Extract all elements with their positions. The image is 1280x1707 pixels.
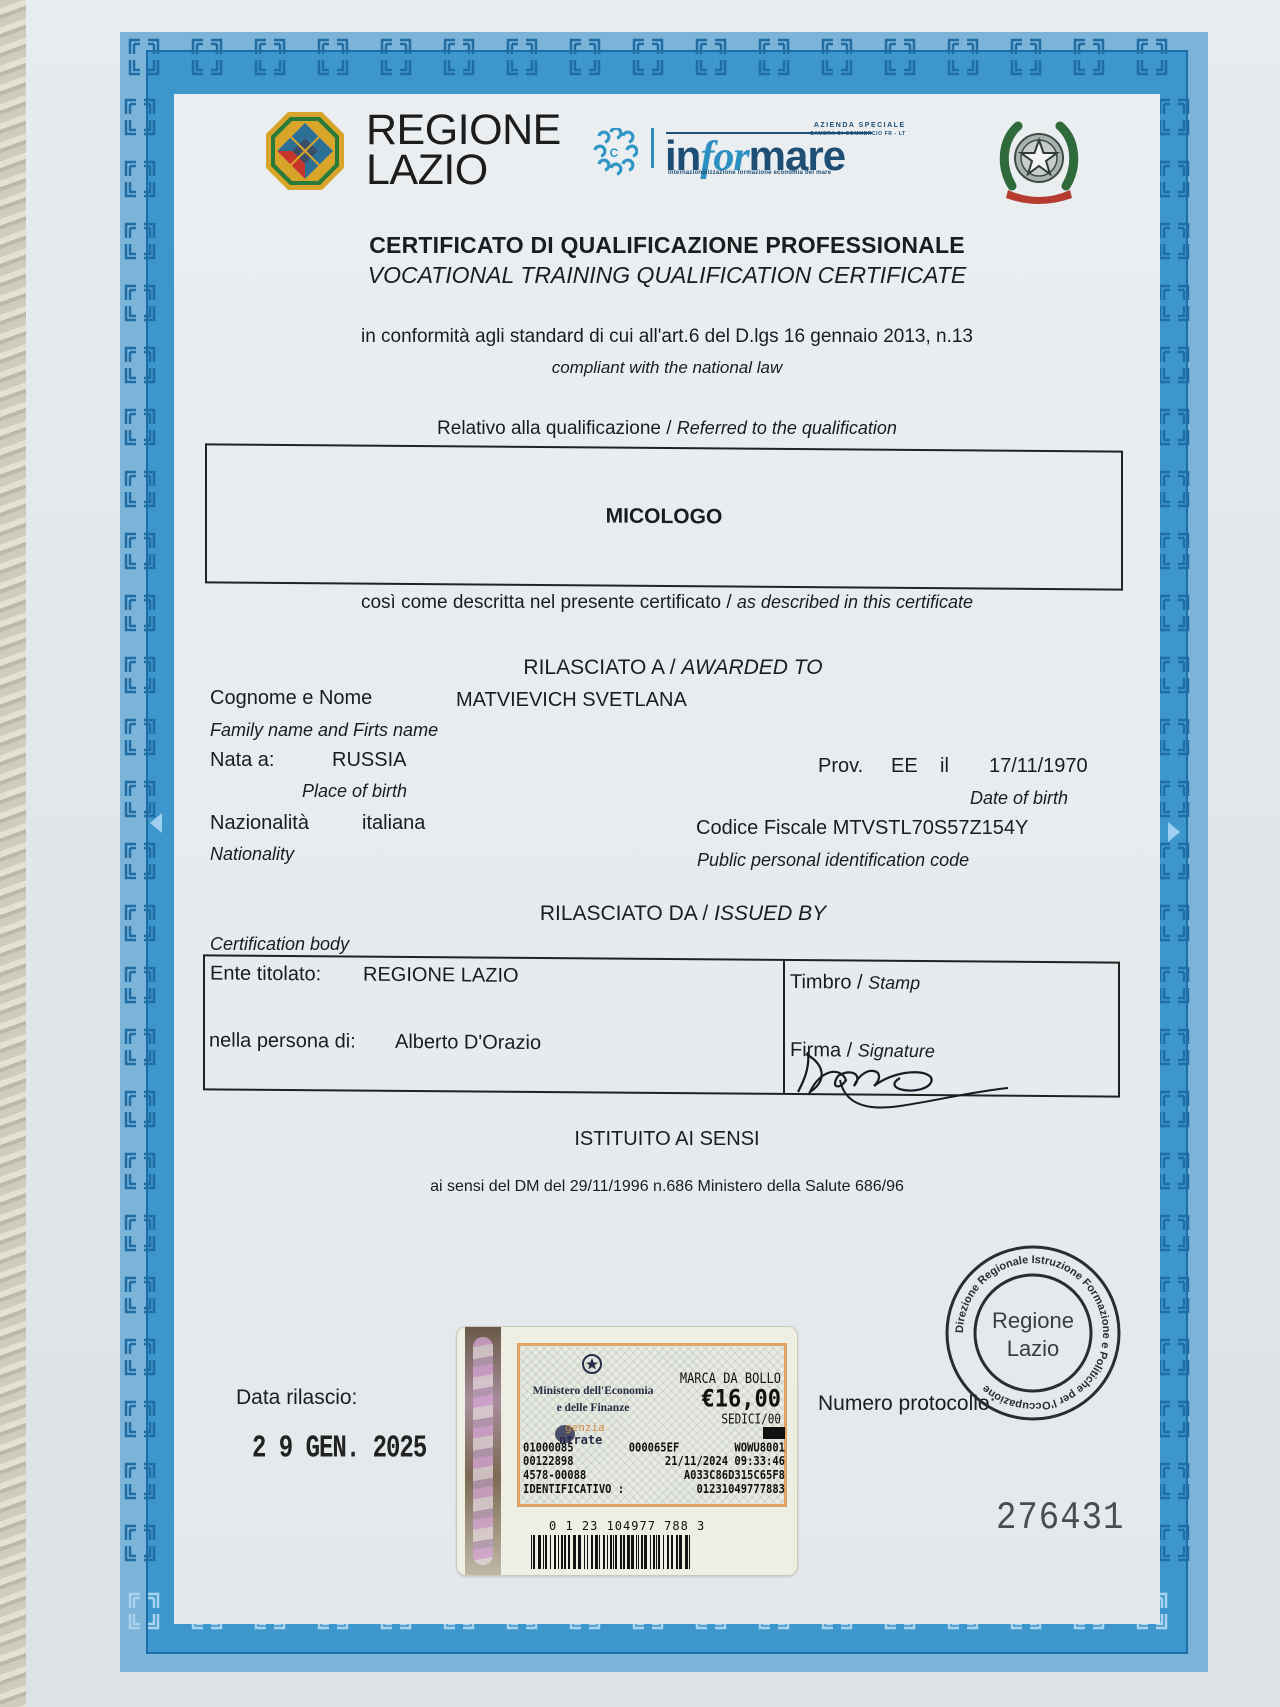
stamp-data-cell: 21/11/2024 09:33:46 [665,1455,785,1469]
stamp-amount-words: SEDICI/00 [721,1412,781,1428]
wordmark-line1: REGIONE [366,110,561,150]
qualification-label-it: Relativo alla qualificazione / [437,418,677,439]
tax-code-label: Codice Fiscale [696,817,827,839]
compliance-text-english: compliant with the national law [174,358,1160,378]
left-arrow-icon [150,813,162,833]
province-value: EE [891,755,918,778]
logo-divider [651,128,654,168]
certificate-title-english: VOCATIONAL TRAINING QUALIFICATION CERTIF… [174,262,1160,289]
awarded-heading-en: AWARDED TO [681,656,822,679]
name-label: Cognome e Nome [210,687,372,710]
stamp-data-cell: IDENTIFICATIVO : [523,1482,624,1496]
birth-date-value: 17/11/1970 [989,755,1088,778]
stamp-data-cell: 01231049777883 [696,1482,785,1496]
infomare-tagline: Internazionalizzazione formazione econom… [668,170,831,176]
barcode [529,1535,719,1569]
birthplace-value: RUSSIA [332,749,406,772]
stamp-data-cell: 01000085 [523,1441,574,1455]
qualification-note-it: così come descritta nel presente certifi… [361,592,737,613]
qualification-label-en: Referred to the qualification [677,418,897,438]
qualification-note-en: as described in this certificate [737,592,973,612]
legal-basis-heading: ISTITUITO AI SENSI [174,1128,1160,1151]
release-date-value: 2 9 GEN. 2025 [252,1432,426,1467]
issued-heading-en: ISSUED BY [714,902,826,925]
awarded-to-heading: RILASCIATO A / AWARDED TO [180,656,1166,680]
issued-heading-it: RILASCIATO DA / [540,902,714,925]
ministry-line2: e delle Finanze [523,1400,663,1417]
issued-by-heading: RILASCIATO DA / ISSUED BY [190,902,1176,926]
nationality-value: italiana [362,812,425,835]
tax-code-line: Codice Fiscale MTVSTL70S57Z154Y [696,817,1028,840]
right-arrow-icon [1168,822,1180,842]
entity-value: REGIONE LAZIO [363,964,519,988]
stamp-label-en: Stamp [868,973,920,993]
regione-lazio-wordmark: REGIONE LAZIO [366,110,561,190]
ministry-line1: Ministero dell'Economia [523,1383,663,1400]
stamp-data-cell: 000065EF [629,1441,680,1455]
person-label: nella persona di: [209,1029,356,1053]
stamp-data-row: 01000085000065EFWOWU8001 [523,1441,785,1455]
stamp-data-cell: 00122898 [523,1455,574,1469]
stamp-data-cell: WOWU8001 [734,1441,785,1455]
regione-lazio-crest-icon [264,110,346,192]
nationality-label: Nazionalità [210,812,309,835]
infomare-top-line1: AZIENDA SPECIALE [810,122,906,130]
awarded-heading-it: RILASCIATO A / [523,656,681,679]
italian-republic-emblem-icon [998,116,1080,206]
birth-date-label-en: Date of birth [970,788,1068,809]
person-value: Alberto D'Orazio [395,1031,541,1055]
stamp-label-it: Timbro / [790,971,868,994]
stamp-data-cell: A033C86D315C65F8 [684,1469,785,1483]
birthplace-label: Nata a: [210,749,274,772]
protocol-number-value: 276431 [996,1497,1124,1541]
background-fabric [0,0,26,1707]
tax-code-label-en: Public personal identification code [697,850,969,871]
stamp-data-cell: 4578-00088 [523,1469,586,1483]
qualification-label: Relativo alla qualificazione / Referred … [174,418,1160,440]
nationality-label-en: Nationality [210,844,294,865]
release-date-label: Data rilascio: [236,1386,357,1410]
wordmark-line2: LAZIO [366,150,561,190]
qualification-value: MICOLOGO [606,505,723,530]
svg-text:C: C [610,146,619,160]
tax-code-value: MTVSTL70S57Z154Y [833,817,1029,839]
date-il-label: il [940,755,949,778]
entity-label: Ente titolato: [210,962,321,986]
stamp-ministry: Ministero dell'Economia e delle Finanze [523,1383,663,1417]
stamp-data-row: 0012289821/11/2024 09:33:46 [523,1455,785,1469]
name-value: MATVIEVICH SVETLANA [456,689,687,712]
name-label-en: Family name and Firts name [210,720,438,741]
stamp-hologram [473,1337,493,1565]
certificate-title-italian: CERTIFICATO DI QUALIFICAZIONE PROFESSION… [174,232,1160,259]
official-seal-stamp: Direzione Regionale Istruzione Formazion… [940,1240,1126,1426]
revenue-stamp: Ministero dell'Economia e delle Finanze … [456,1326,798,1576]
province-label: Prov. [818,755,863,778]
svg-text:Regione: Regione [992,1308,1074,1333]
barcode-number: 0 1 23 104977 788 3 [549,1519,705,1533]
stamp-black-mark [763,1427,785,1439]
svg-text:Lazio: Lazio [1007,1336,1060,1361]
qualification-box: MICOLOGO [205,443,1123,590]
stamp-data-rows: 01000085000065EFWOWU80010012289821/11/20… [523,1441,785,1496]
stamp-label: Timbro / Stamp [790,971,920,995]
certification-body-label: Certification body [210,934,349,955]
stamp-emblem-icon [581,1353,603,1377]
stamp-data-row: 4578-00088A033C86D315C65F8 [523,1469,785,1483]
signature-scribble [780,1040,1010,1120]
compliance-text-italian: in conformità agli standard di cui all'a… [174,326,1160,348]
legal-basis-text: ai sensi del DM del 29/11/1996 n.686 Min… [174,1178,1160,1196]
stamp-title: MARCA DA BOLLO [680,1370,781,1387]
stamp-data-row: IDENTIFICATIVO :01231049777883 [523,1482,785,1496]
stamp-amount: €16,00 [702,1386,781,1414]
birthplace-label-en: Place of birth [302,781,407,802]
chamber-of-commerce-icon: C [590,128,638,176]
qualification-note: così come descritta nel presente certifi… [174,592,1160,614]
